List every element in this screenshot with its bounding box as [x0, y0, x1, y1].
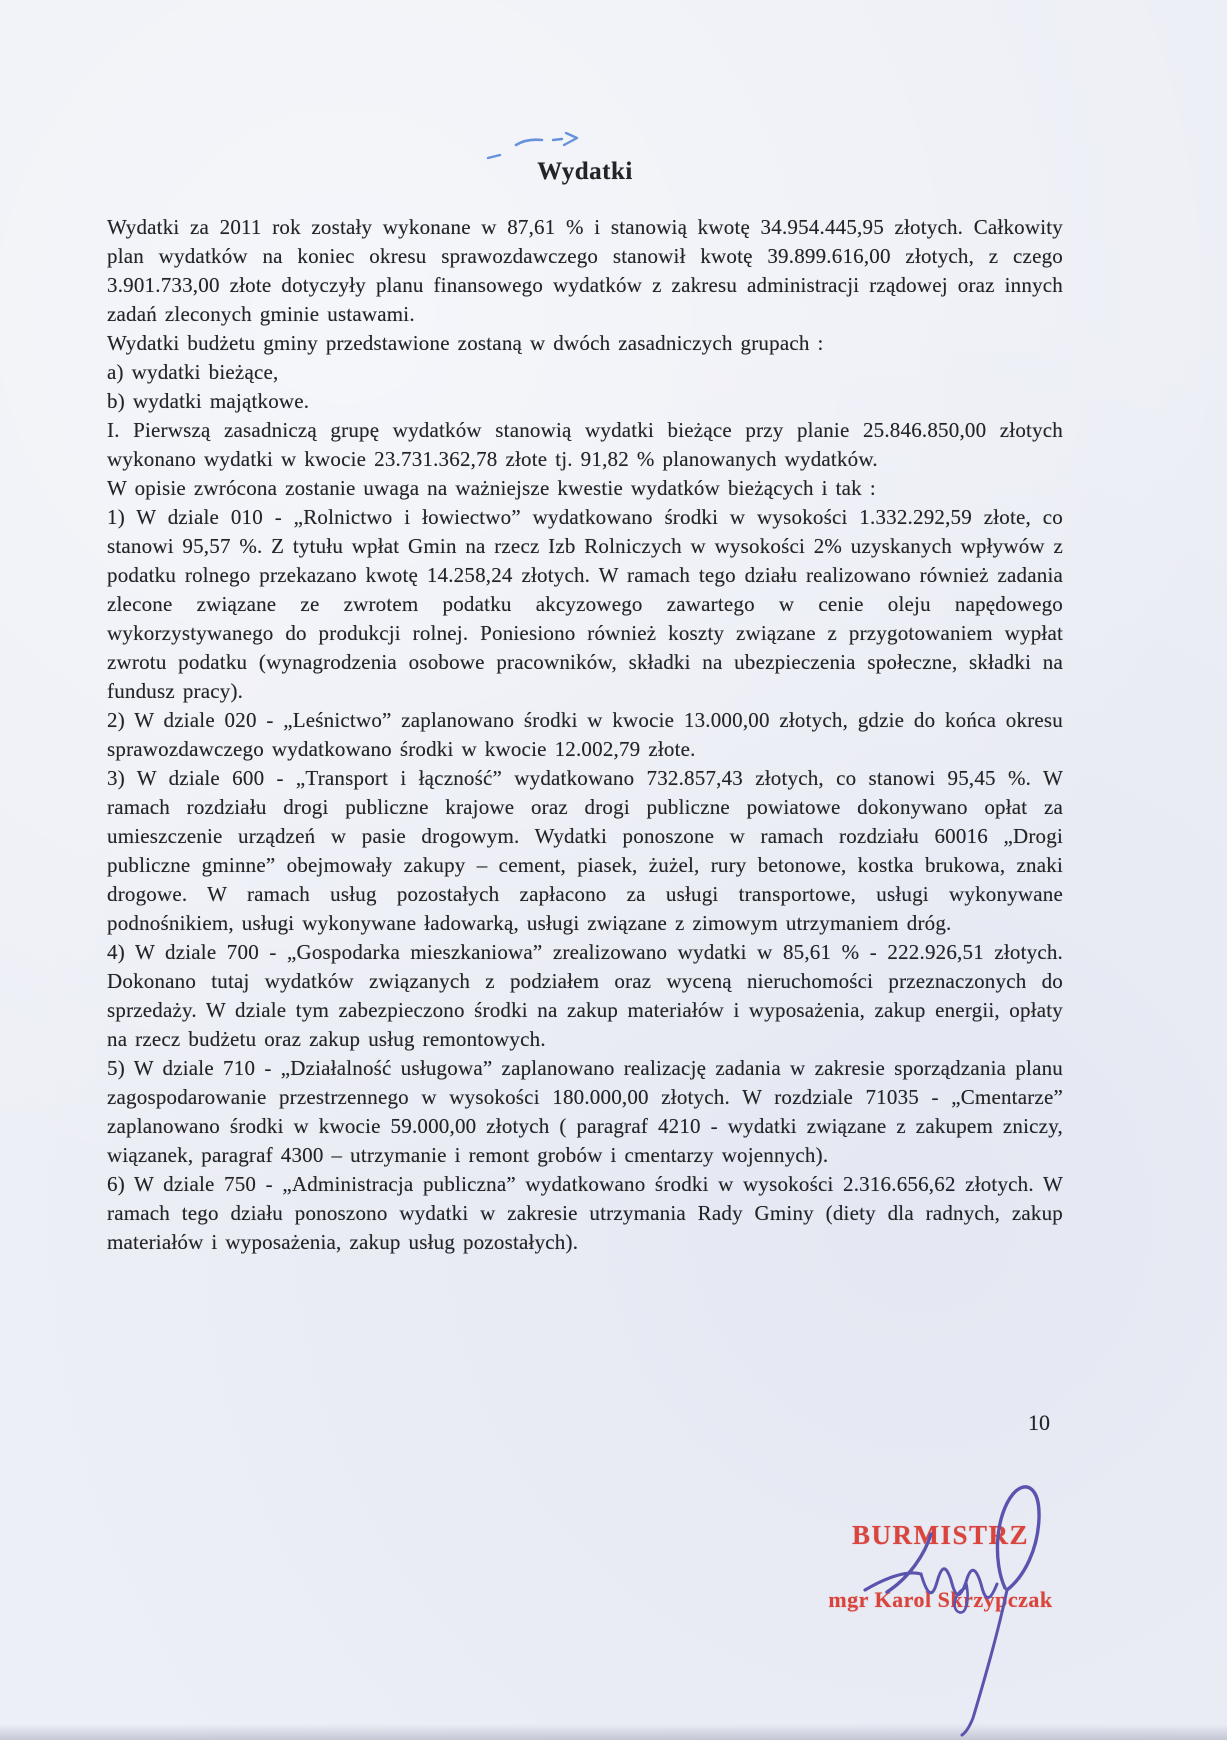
paragraph: 3) W dziale 600 - „Transport i łączność”…: [107, 764, 1063, 938]
document-text-block: Wydatki Wydatki za 2011 rok zostały wyko…: [107, 157, 1063, 1257]
paragraph: 2) W dziale 020 - „Leśnictwo” zaplanowan…: [107, 706, 1063, 764]
paragraph: 4) W dziale 700 - „Gospodarka mieszkanio…: [107, 938, 1063, 1054]
signature-ink: [835, 1478, 1065, 1738]
paragraph: W opisie zwrócona zostanie uwaga na ważn…: [107, 474, 1063, 503]
paragraph: 5) W dziale 710 - „Działalność usługowa”…: [107, 1054, 1063, 1170]
paragraph: a) wydatki bieżące,: [107, 358, 1063, 387]
paragraph: Wydatki budżetu gminy przedstawione zost…: [107, 329, 1063, 358]
paragraph: 6) W dziale 750 - „Administracja publicz…: [107, 1170, 1063, 1257]
paragraph: I. Pierwszą zasadniczą grupę wydatków st…: [107, 416, 1063, 474]
scanned-document-page: Wydatki Wydatki za 2011 rok zostały wyko…: [0, 0, 1227, 1740]
paragraph: Wydatki za 2011 rok zostały wykonane w 8…: [107, 213, 1063, 329]
paragraph: b) wydatki majątkowe.: [107, 387, 1063, 416]
pen-scribble-icon: [465, 118, 590, 168]
body-text: Wydatki za 2011 rok zostały wykonane w 8…: [107, 213, 1063, 1257]
page-number: 10: [1028, 1410, 1050, 1436]
paragraph: 1) W dziale 010 - „Rolnictwo i łowiectwo…: [107, 503, 1063, 706]
